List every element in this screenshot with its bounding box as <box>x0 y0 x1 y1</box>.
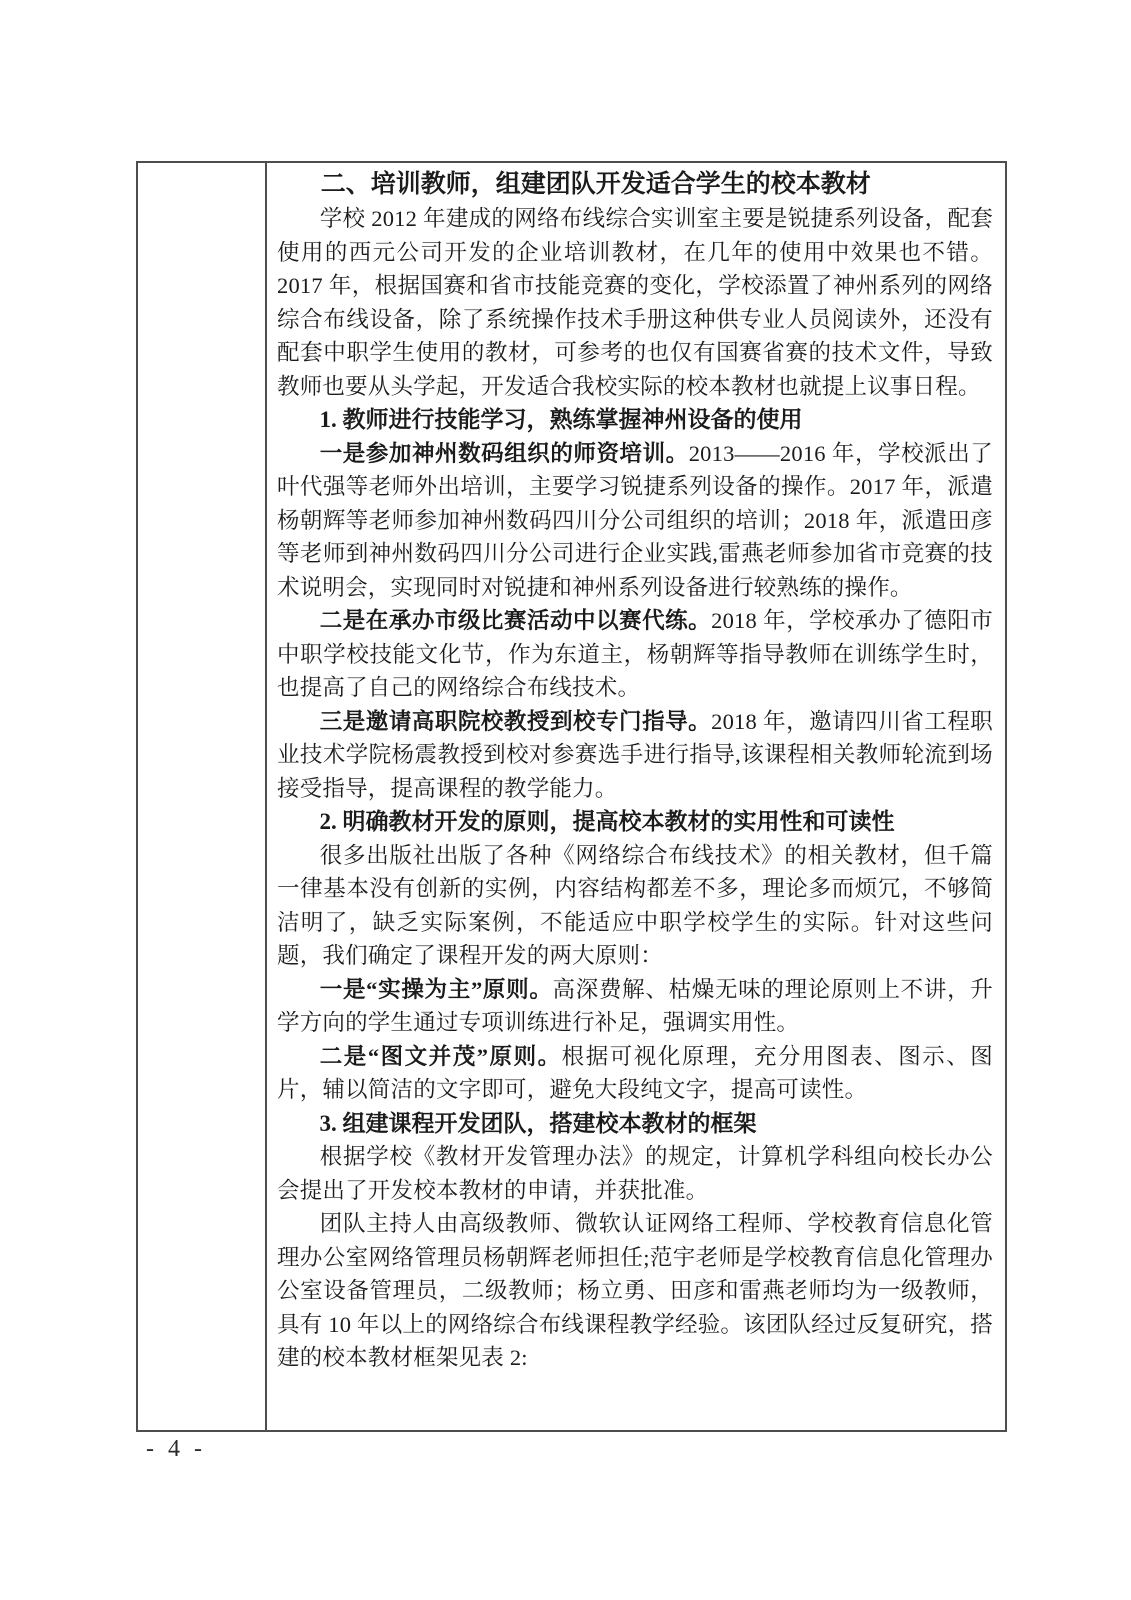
paragraph-team-members: 团队主持人由高级教师、微软认证网络工程师、学校教育信息化管理办公室网络管理员杨朝… <box>277 1207 993 1375</box>
paragraph-lead: 二是“图文并茂”原则。 <box>320 1044 562 1069</box>
paragraph-principle-2: 二是“图文并茂”原则。根据可视化原理，充分用图表、图示、图片，辅以简洁的文字即可… <box>277 1040 993 1107</box>
heading-1: 1. 教师进行技能学习，熟练掌握神州设备的使用 <box>277 403 993 437</box>
paragraph-principle-1: 一是“实操为主”原则。高深费解、枯燥无味的理论原则上不讲，升学方向的学生通过专项… <box>277 973 993 1040</box>
paragraph-lead: 二是在承办市级比赛活动中以赛代练。 <box>320 608 711 633</box>
content-table: 二、培训教师，组建团队开发适合学生的校本教材 学校 2012 年建成的网络布线综… <box>136 161 1007 1432</box>
paragraph-training-3: 三是邀请高职院校教授到校专门指导。2018 年，邀请四川省工程职业技术学院杨震教… <box>277 705 993 806</box>
page-number: - 4 - <box>146 1436 206 1463</box>
paragraph-lead: 三是邀请高职院校教授到校专门指导。 <box>320 709 711 734</box>
heading-3: 3. 组建课程开发团队，搭建校本教材的框架 <box>277 1107 993 1141</box>
paragraph-team-approval: 根据学校《教材开发管理办法》的规定，计算机学科组向校长办公会提出了开发校本教材的… <box>277 1140 993 1207</box>
paragraph-principles-intro: 很多出版社出版了各种《网络综合布线技术》的相关教材，但千篇一律基本没有创新的实例… <box>277 839 993 973</box>
paragraph-training-2: 二是在承办市级比赛活动中以赛代练。2018 年，学校承办了德阳市中职学校技能文化… <box>277 604 993 705</box>
paragraph-lead: 一是“实操为主”原则。 <box>320 977 553 1002</box>
table-left-column <box>138 163 267 1430</box>
heading-2: 2. 明确教材开发的原则，提高校本教材的实用性和可读性 <box>277 805 993 839</box>
paragraph-training-1: 一是参加神州数码组织的师资培训。2013——2016 年，学校派出了叶代强等老师… <box>277 437 993 605</box>
paragraph-intro: 学校 2012 年建成的网络布线综合实训室主要是锐捷系列设备，配套使用的西元公司… <box>277 202 993 403</box>
table-main-column: 二、培训教师，组建团队开发适合学生的校本教材 学校 2012 年建成的网络布线综… <box>267 163 1005 1430</box>
paragraph-lead: 一是参加神州数码组织的师资培训。 <box>320 441 689 466</box>
section-title: 二、培训教师，组建团队开发适合学生的校本教材 <box>277 168 993 202</box>
